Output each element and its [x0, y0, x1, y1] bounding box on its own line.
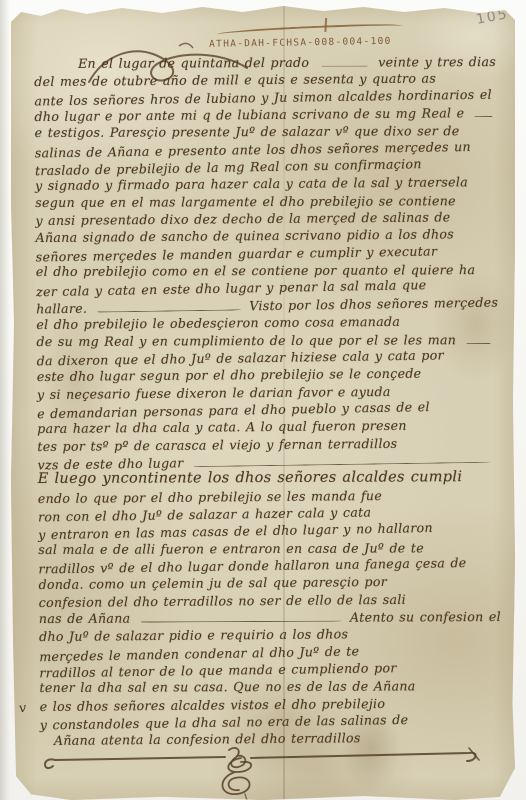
- manuscript-text: Visto por los dhos señores merçedes: [249, 293, 498, 314]
- ink-gap-stroke: [140, 621, 342, 623]
- ink-gap-stroke: [97, 309, 241, 312]
- manuscript-line: nas de AñanaAtento su confesion el: [39, 608, 501, 627]
- ink-gap-stroke: [194, 462, 492, 467]
- manuscript-text: En el lugar de quintana del prado: [78, 54, 309, 72]
- manuscript-line: segun que en el mas largamente el dho pr…: [35, 192, 497, 211]
- manuscript-text: hallare.: [36, 299, 87, 317]
- manuscript-text: E luego yncontinente los dhos señores al…: [38, 469, 463, 488]
- manuscript-text: segun que en el mas largamente el dho pr…: [35, 192, 456, 211]
- manuscript-line: En el lugar de quintana del pradoveinte …: [34, 53, 496, 72]
- manuscript-text: veinte y tres dias: [378, 53, 496, 71]
- manuscript-line: E luego yncontinente los dhos señores al…: [38, 469, 500, 488]
- notary-rubric: [211, 756, 281, 800]
- ink-gap-stroke: [466, 343, 490, 344]
- manuscript-text: Atento su confesion el: [350, 608, 501, 626]
- margin-check-mark: v: [18, 701, 27, 717]
- ink-gap-stroke: [474, 116, 492, 117]
- manuscript-page: ATHA-DAH-FCHSA-008-004-100 105 En el lug…: [11, 4, 515, 800]
- manuscript-text: nas de Añana: [39, 610, 131, 628]
- ink-gap-stroke: [321, 66, 368, 67]
- manuscript-lines: En el lugar de quintana del pradoveinte …: [34, 52, 502, 750]
- manuscript-text: tener la dha sal en su casa. Que no es d…: [39, 678, 415, 697]
- manuscript-line: tener la dha sal en su casa. Que no es d…: [39, 677, 501, 696]
